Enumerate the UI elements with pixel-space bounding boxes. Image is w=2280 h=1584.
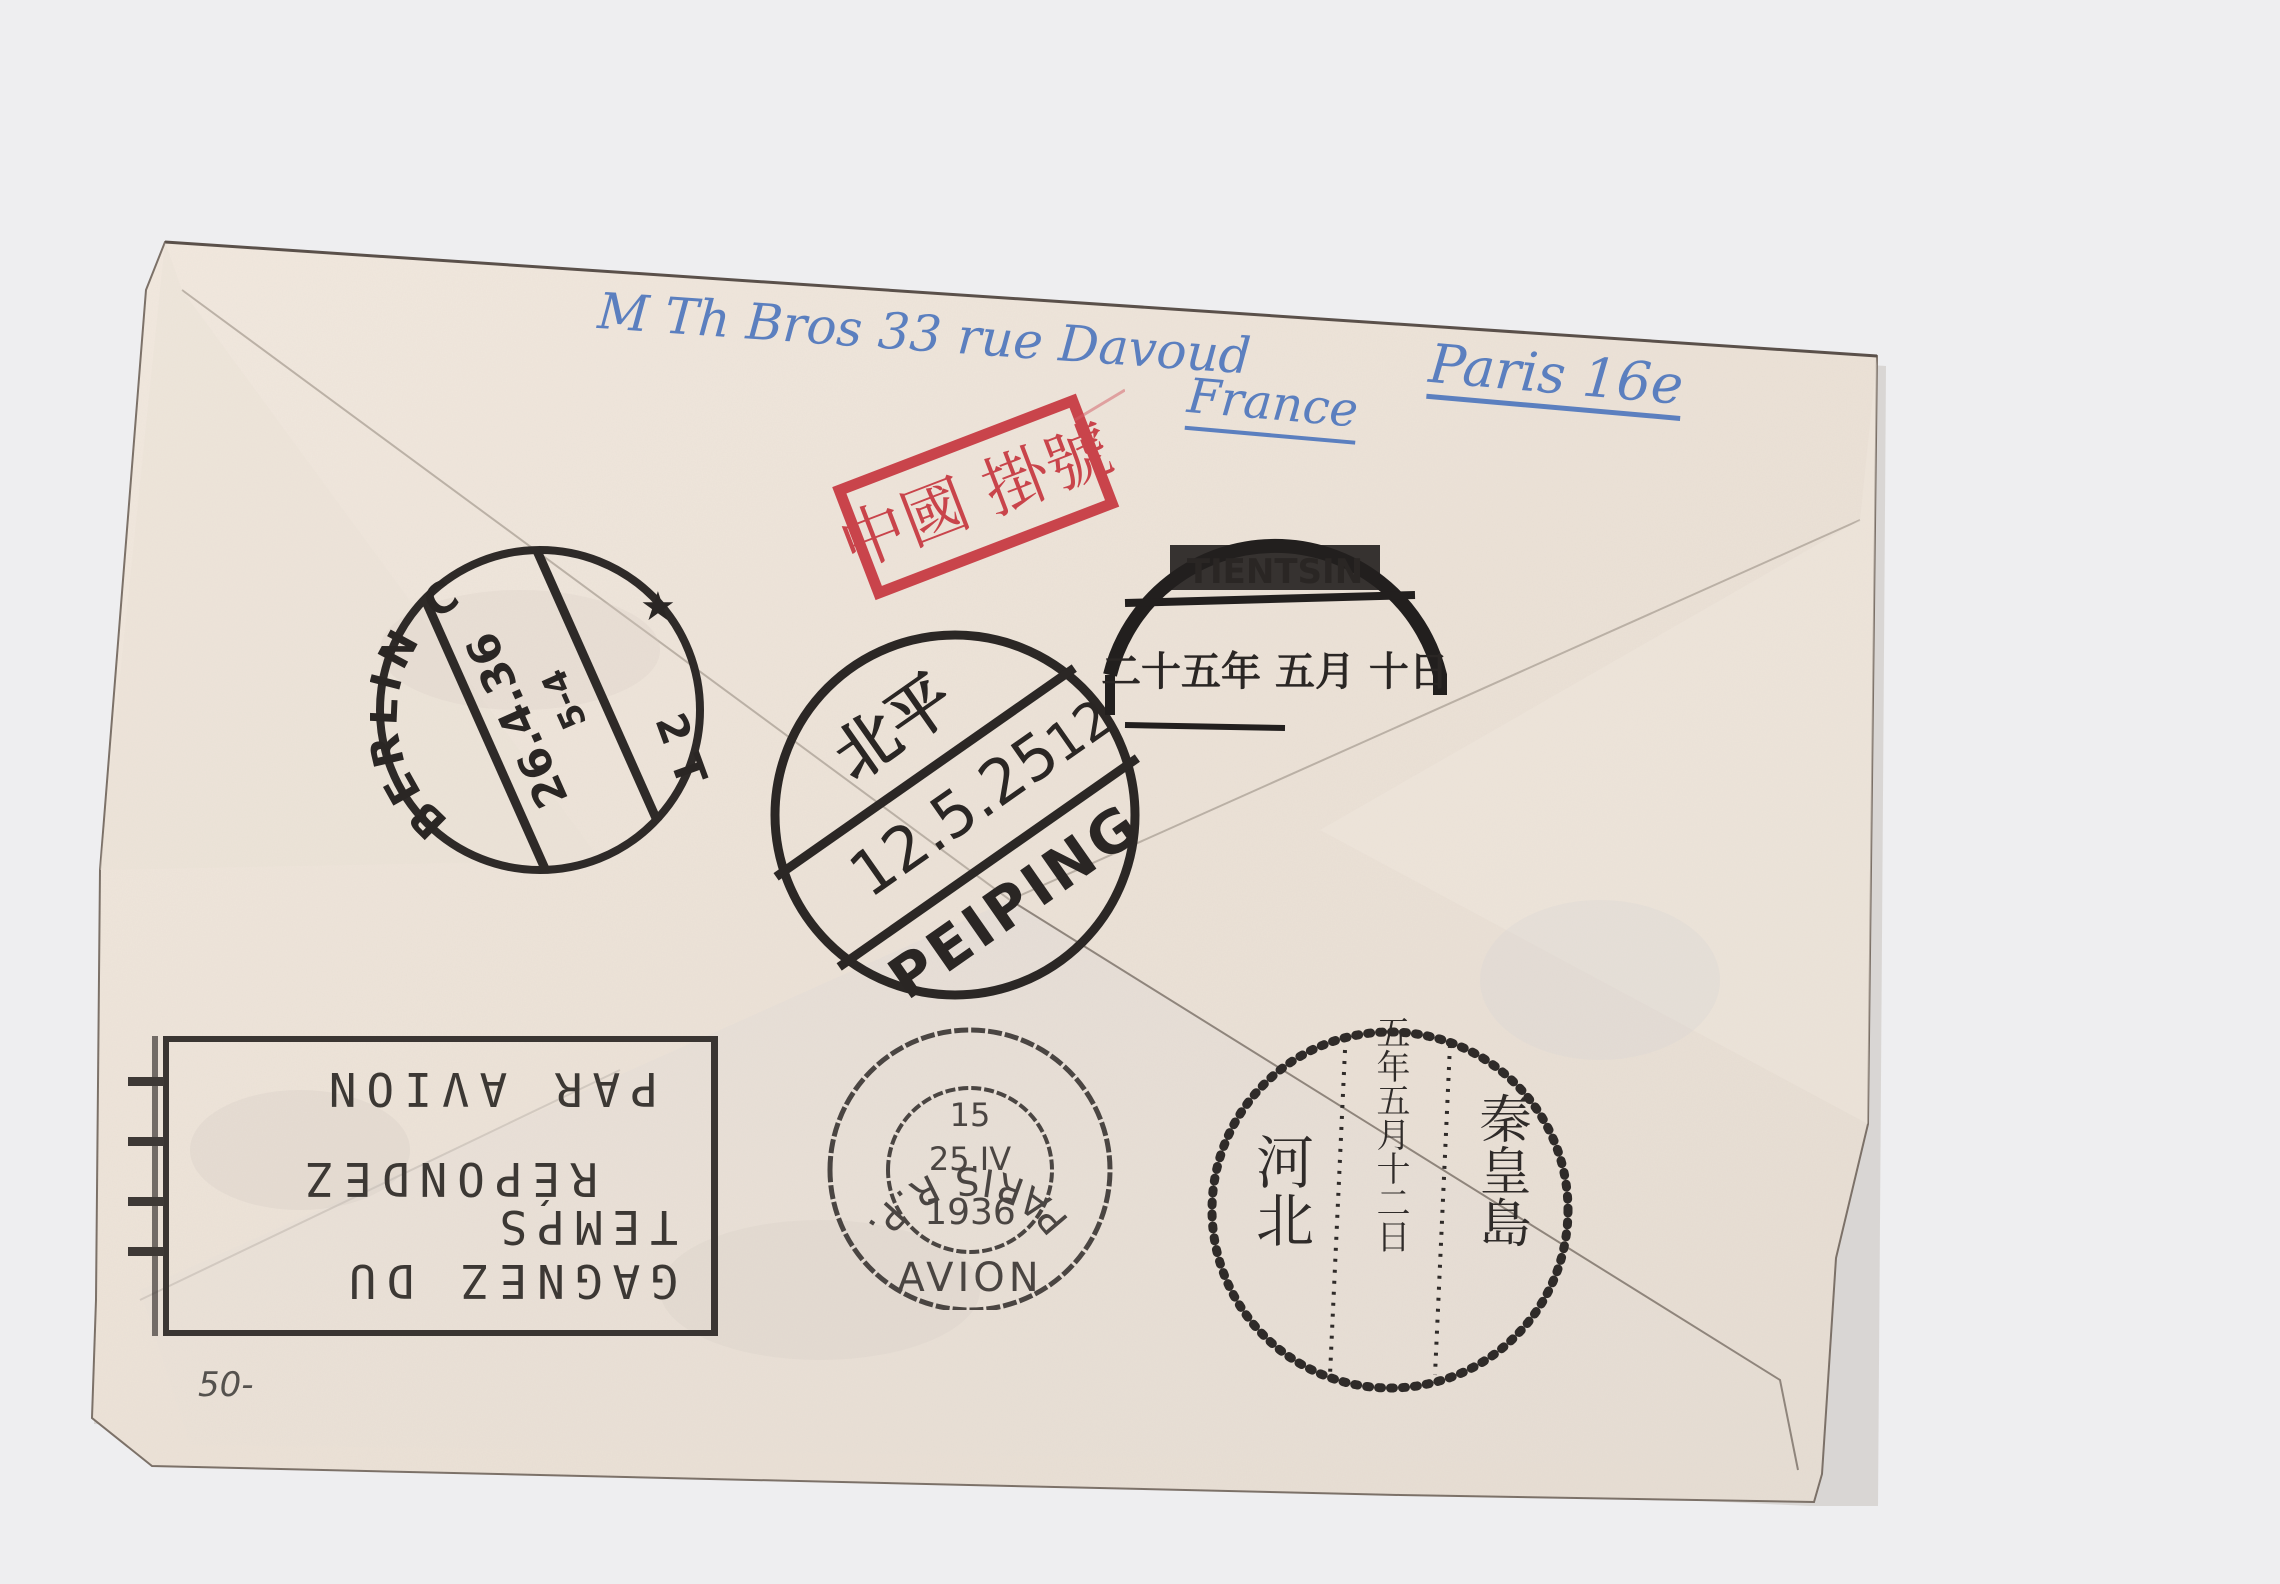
dotted-center-text: 二十五年五月十二日 [1370, 1015, 1410, 1253]
dotted-left-text: 河北 [1246, 1132, 1314, 1248]
dotted-right-text: 秦皇島 [1470, 1092, 1530, 1248]
registration-chop: 中國 掛號 [825, 380, 1125, 610]
pencil-price-note: 50- [198, 1365, 254, 1405]
scan-scene: M Th Bros 33 rue Davoud Paris 16e France… [0, 0, 2280, 1584]
slogan-cancel: GAGNEZ DU TEMPS RÉPONDEZ PAR AVION [128, 1018, 718, 1336]
slogan-line-1: PAR AVION [178, 1062, 658, 1116]
chinese-arc-city: TIENTSIN [1187, 552, 1363, 592]
berlin-city: BERLIN C [370, 567, 472, 849]
slogan-line-3: GAGNEZ DU TEMPS [198, 1200, 678, 1308]
postmark-paris-avion: AVION 1936 25.IV 15 PARIS R.P. [815, 1020, 1125, 1310]
paris-avion-label: AVION [897, 1255, 1042, 1301]
paris-time: 15 [950, 1096, 991, 1134]
postmark-chinese-dotted: 河北 二十五年五月十二日 秦皇島 [1195, 1015, 1585, 1405]
postmark-berlin: 26.4.36 5-4 BERLIN C ★ 2 T [370, 540, 710, 880]
slogan-line-2: RÉPONDEZ [118, 1152, 598, 1206]
postmark-chinese-arc: TIENTSIN 二十五年 五月 十日 [1085, 485, 1455, 805]
berlin-star: ★ [640, 584, 676, 630]
slogan-wavy-bars [128, 1036, 168, 1336]
chinese-arc-date: 二十五年 五月 十日 [1101, 649, 1449, 695]
svg-text:BERLIN C: BERLIN C [370, 567, 472, 849]
